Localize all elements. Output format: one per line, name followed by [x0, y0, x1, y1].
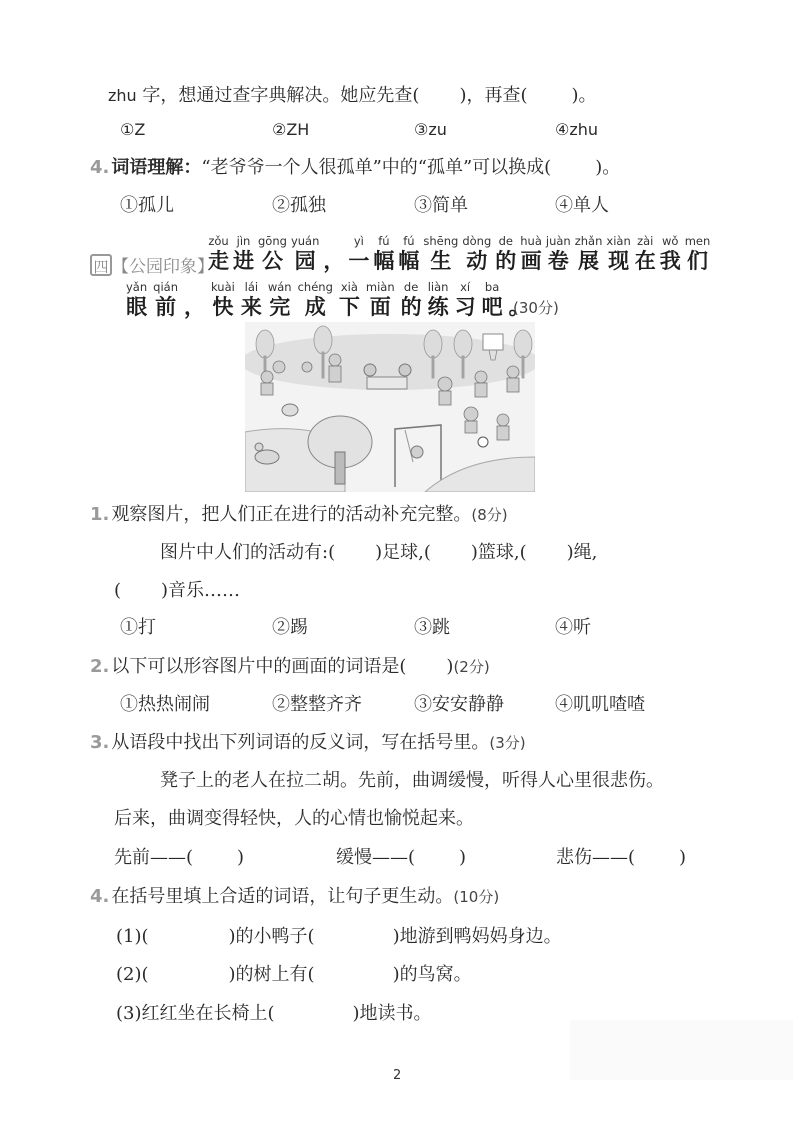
pinyin: xià — [341, 280, 358, 294]
question-score: (2分) — [453, 658, 489, 676]
antonym-pair-2: 缓慢——() — [336, 846, 466, 870]
fill-item-2: (2)()的树上有()的鸟窝。 — [116, 963, 472, 987]
ruby-char: fú幅 — [373, 234, 394, 274]
pinyin: fú — [378, 234, 389, 248]
pinyin: huà — [520, 234, 542, 248]
item-text: )的小鸭子( — [229, 926, 315, 947]
question-1-line-2: ()音乐…… — [114, 579, 240, 603]
hanzi: 我 — [660, 248, 681, 274]
hanzi: 成 — [305, 294, 326, 320]
option-4[interactable]: ④单人 — [555, 194, 609, 218]
pinyin — [193, 280, 197, 294]
option-4[interactable]: ④叽叽喳喳 — [555, 693, 645, 717]
passage-line-2: 后来，曲调变得轻快，人的心情也愉悦起来。 — [114, 807, 474, 831]
option-2[interactable]: ②孤独 — [272, 194, 326, 218]
option-1[interactable]: ①打 — [120, 616, 156, 640]
ruby-char: lái来 — [241, 280, 262, 320]
park-illustration — [245, 322, 535, 492]
section-number-badge: 四 — [90, 254, 112, 276]
option-1[interactable]: ①热热闹闹 — [120, 693, 210, 717]
ruby-char: kuài快 — [211, 280, 235, 320]
question-4-word-understanding: 4.词语理解：“老爷爷一个人很孤单”中的“孤单”可以换成()。 — [90, 156, 620, 180]
antonym-pair-1: 先前——() — [114, 846, 244, 870]
ruby-char: ba吧 — [482, 280, 503, 320]
hanzi: 的 — [495, 248, 516, 274]
section-tag: 【公园印象】 — [112, 257, 214, 277]
pinyin — [332, 234, 336, 248]
antonym-word: 缓慢——( — [336, 847, 415, 868]
question-text: )。 — [595, 157, 620, 178]
pinyin-line-1: zǒu走jìn进gōng公yuán园 ，yì一fú幅fú幅shēng生dòng动… — [208, 234, 710, 274]
pinyin-prefix: zhu — [108, 86, 137, 105]
option-2[interactable]: ②整整齐齐 — [272, 693, 362, 717]
pinyin — [517, 280, 521, 294]
question-3-title: 3.从语段中找出下列词语的反义词，写在括号里。(3分) — [90, 731, 526, 755]
item-text: (1)( — [116, 926, 149, 947]
hanzi: 进 — [233, 248, 254, 274]
hanzi: 幅 — [373, 248, 394, 274]
pinyin: ba — [485, 280, 499, 294]
section-score: (30分) — [513, 297, 559, 318]
hanzi: 来 — [241, 294, 262, 320]
passage-line-1: 凳子上的老人在拉二胡。先前，曲调缓慢，听得人心里很悲伤。 — [160, 769, 664, 793]
hanzi: ， — [323, 248, 344, 274]
pinyin: liàn — [428, 280, 449, 294]
question-text: 图片中人们的活动有:( — [160, 542, 335, 563]
ruby-char: yuán园 — [291, 234, 319, 274]
item-text: )地读书。 — [353, 1003, 432, 1024]
ruby-char: dòng动 — [462, 234, 491, 274]
antonym-pair-3: 悲伤——() — [556, 846, 686, 870]
pinyin: wǒ — [662, 234, 678, 248]
pinyin: yǎn — [126, 280, 147, 294]
question-score: (10分) — [453, 888, 499, 906]
ruby-char: huà画 — [520, 234, 542, 274]
ruby-char: shēng生 — [423, 234, 458, 274]
item-text: (3)红红坐在长椅上( — [116, 1003, 275, 1024]
ruby-char: de的 — [401, 280, 422, 320]
question-text: “老爷爷一个人很孤单”中的“孤单”可以换成( — [201, 157, 551, 178]
pinyin: xí — [460, 280, 470, 294]
ruby-char: xí习 — [455, 280, 476, 320]
pinyin: xiàn — [606, 234, 630, 248]
question-number: 1. — [90, 504, 109, 525]
question-number: 2. — [90, 656, 109, 677]
pinyin: dòng — [462, 234, 491, 248]
pinyin: zǒu — [208, 234, 228, 248]
question-text: )绳, — [567, 542, 598, 563]
hanzi: 吧 — [482, 294, 503, 320]
pinyin-line-2: yǎn眼qián前 ，kuài快lái来wán完chéng成xià下miàn面d… — [126, 280, 530, 320]
pinyin: zài — [637, 234, 653, 248]
item-text: )的树上有( — [229, 964, 315, 985]
hanzi: 面 — [370, 294, 391, 320]
hanzi: 动 — [466, 248, 487, 274]
option-3[interactable]: ③安安静静 — [414, 693, 504, 717]
question-text: 在括号里填上合适的词语，让句子更生动。 — [111, 886, 453, 907]
option-2[interactable]: ②踢 — [272, 616, 308, 640]
ruby-char: zǒu走 — [208, 234, 229, 274]
pinyin: lái — [245, 280, 258, 294]
ruby-char: yì一 — [348, 234, 369, 274]
question-2-title: 2.以下可以形容图片中的画面的词语是()(2分) — [90, 655, 490, 679]
question-text: )。 — [571, 85, 596, 106]
hanzi: 完 — [269, 294, 290, 320]
pinyin: wán — [268, 280, 292, 294]
pinyin: jìn — [237, 234, 251, 248]
option-4[interactable]: ④听 — [555, 616, 591, 640]
question-text: 从语段中找出下列词语的反义词，写在括号里。 — [111, 732, 489, 753]
scan-artifact — [570, 1020, 793, 1080]
paren-close: ) — [459, 847, 466, 868]
antonym-word: 悲伤——( — [556, 847, 635, 868]
ruby-char: gōng公 — [258, 234, 287, 274]
question-number: 4. — [90, 157, 109, 178]
question-number: 3. — [90, 732, 109, 753]
option-3[interactable]: ③zu — [414, 118, 447, 142]
ruby-char: zài在 — [635, 234, 656, 274]
hanzi: 走 — [208, 248, 229, 274]
paren-close: ) — [679, 847, 686, 868]
ruby-char: jìn进 — [233, 234, 254, 274]
fill-item-1: (1)()的小鸭子()地游到鸭妈妈身边。 — [116, 925, 562, 949]
pinyin: qián — [153, 280, 178, 294]
fill-item-3: (3)红红坐在长椅上()地读书。 — [116, 1002, 432, 1026]
hanzi: 前 — [155, 294, 176, 320]
pinyin: men — [685, 234, 711, 248]
ruby-char: ， — [184, 280, 205, 320]
question-label: 词语理解： — [111, 157, 201, 178]
hanzi: 一 — [348, 248, 369, 274]
paren-close: ) — [237, 847, 244, 868]
hanzi: 现 — [608, 248, 629, 274]
question-text: )音乐…… — [161, 580, 240, 601]
question-text: ( — [114, 580, 121, 601]
pinyin: fú — [403, 234, 414, 248]
question-text: 以下可以形容图片中的画面的词语是( — [111, 656, 406, 677]
item-text: (2)( — [116, 964, 149, 985]
question-text: )篮球,( — [471, 542, 527, 563]
hanzi: 练 — [428, 294, 449, 320]
pinyin: miàn — [366, 280, 395, 294]
pinyin: yuán — [291, 234, 319, 248]
page-number: 2 — [393, 1068, 401, 1083]
option-3[interactable]: ③简单 — [414, 194, 468, 218]
question-4-title: 4.在括号里填上合适的词语，让句子更生动。(10分) — [90, 885, 499, 909]
pinyin: de — [499, 234, 513, 248]
ruby-char: juàn卷 — [546, 234, 571, 274]
prev-question-line: zhu 字，想通过查字典解决。她应先查()，再查()。 — [108, 84, 597, 108]
option-3[interactable]: ③跳 — [414, 616, 450, 640]
hanzi: 卷 — [548, 248, 569, 274]
ruby-char: yǎn眼 — [126, 280, 147, 320]
hanzi: 园 — [295, 248, 316, 274]
ruby-char: zhǎn展 — [575, 234, 603, 274]
pinyin: juàn — [546, 234, 571, 248]
pinyin: shēng — [423, 234, 458, 248]
question-text: 字，想通过查字典解决。她应先查( — [137, 85, 420, 106]
ruby-char: fú幅 — [398, 234, 419, 274]
ruby-char: qián前 — [153, 280, 178, 320]
question-score: (3分) — [489, 734, 525, 752]
pinyin: de — [404, 280, 418, 294]
hanzi: 生 — [430, 248, 451, 274]
ruby-char: men们 — [685, 234, 711, 274]
hanzi: 公 — [262, 248, 283, 274]
hanzi: 快 — [212, 294, 233, 320]
item-text: )地游到鸭妈妈身边。 — [393, 926, 562, 947]
ruby-char: chéng成 — [298, 280, 333, 320]
ruby-char: de的 — [495, 234, 516, 274]
option-2[interactable]: ②ZH — [272, 118, 309, 142]
pinyin: zhǎn — [575, 234, 603, 248]
question-number: 4. — [90, 886, 109, 907]
hanzi: 展 — [578, 248, 599, 274]
question-1-title: 1.观察图片，把人们正在进行的活动补充完整。(8分) — [90, 503, 508, 527]
ruby-char: xiàn现 — [606, 234, 630, 274]
pinyin: kuài — [211, 280, 235, 294]
hanzi: 习 — [455, 294, 476, 320]
ruby-char: xià下 — [339, 280, 360, 320]
hanzi: ， — [184, 294, 205, 320]
question-text: )足球,( — [375, 542, 431, 563]
antonym-word: 先前——( — [114, 847, 193, 868]
ruby-char: liàn练 — [428, 280, 449, 320]
hanzi: 下 — [339, 294, 360, 320]
ruby-char: wǒ我 — [660, 234, 681, 274]
hanzi: 幅 — [398, 248, 419, 274]
ruby-char: miàn面 — [366, 280, 395, 320]
option-1[interactable]: ①Z — [120, 118, 145, 142]
option-1[interactable]: ①孤儿 — [120, 194, 174, 218]
pinyin: chéng — [298, 280, 333, 294]
pinyin: yì — [354, 234, 364, 248]
question-score: (8分) — [471, 506, 507, 524]
question-1-line-1: 图片中人们的活动有:()足球,()篮球,()绳, — [160, 541, 597, 565]
item-text: )的鸟窝。 — [393, 964, 472, 985]
hanzi: 画 — [521, 248, 542, 274]
option-4[interactable]: ④zhu — [555, 118, 598, 142]
park-scene-image — [245, 322, 535, 492]
hanzi: 们 — [687, 248, 708, 274]
question-text: 观察图片，把人们正在进行的活动补充完整。 — [111, 504, 471, 525]
hanzi: 眼 — [126, 294, 147, 320]
pinyin: gōng — [258, 234, 287, 248]
hanzi: 在 — [635, 248, 656, 274]
ruby-char: ， — [323, 234, 344, 274]
question-text: )，再查( — [459, 85, 527, 106]
ruby-char: wán完 — [268, 280, 292, 320]
hanzi: 的 — [401, 294, 422, 320]
section-badge-row: 四【公园印象】 — [90, 252, 214, 277]
